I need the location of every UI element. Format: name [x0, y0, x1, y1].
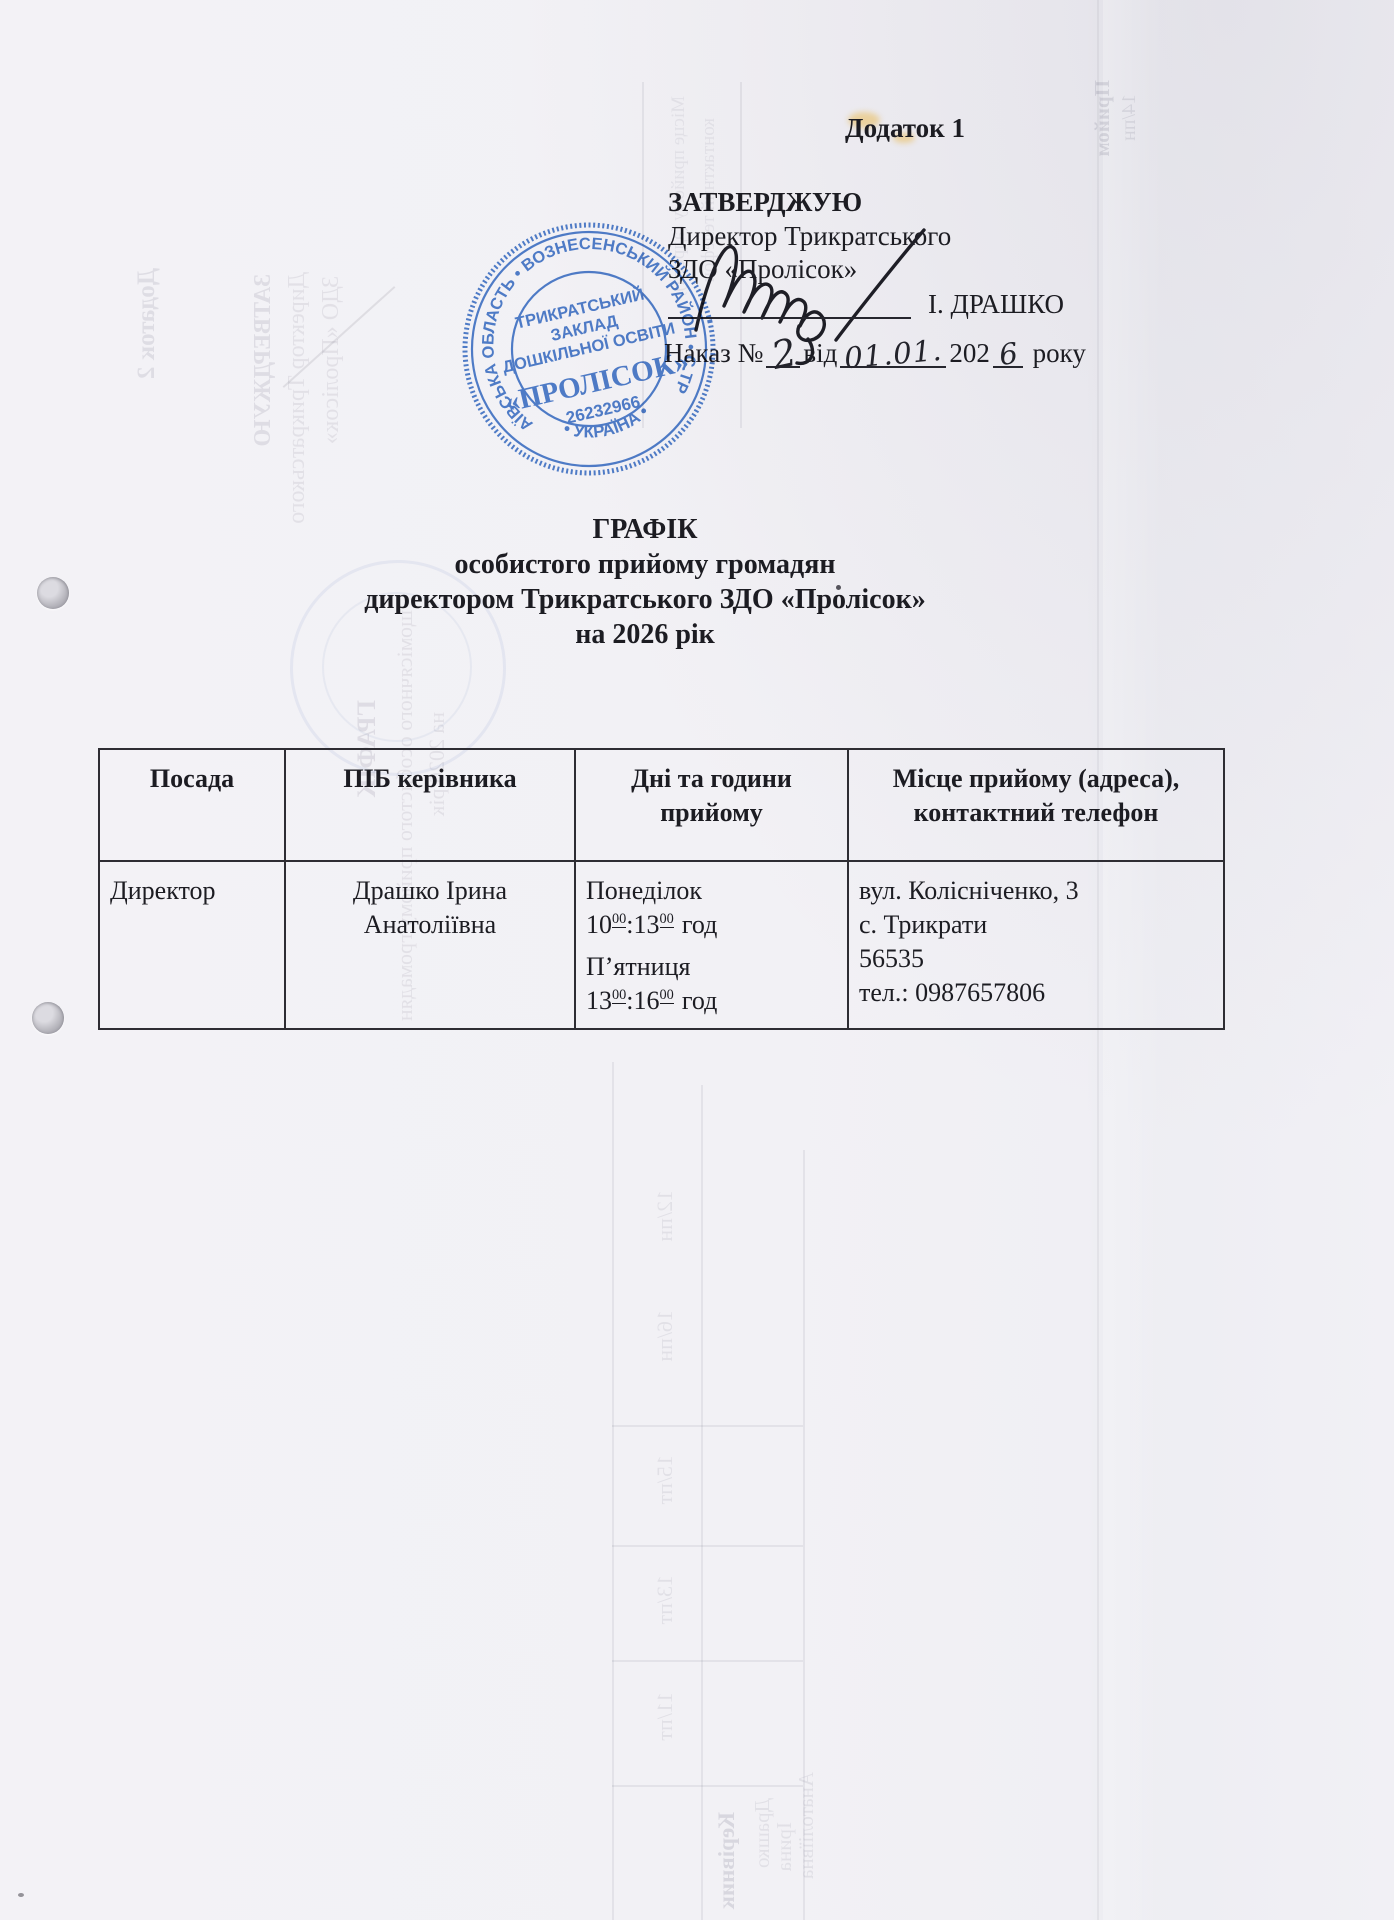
bleedthrough-time3: 15/пт [652, 1455, 678, 1505]
table-row: Директор Драшко Ірина Анатоліївна Понеді… [99, 861, 1224, 1029]
order-suffix: року [1033, 338, 1086, 368]
title-line4: на 2026 рік [95, 617, 1195, 652]
bleedthrough-time2: 16/пн [652, 1310, 678, 1362]
place-postcode: 56535 [859, 942, 1213, 976]
title-line2: особистого прийому громадян [95, 547, 1195, 582]
schedule-time-1: 1000:1300год [586, 908, 837, 942]
punch-hole-top [37, 577, 69, 609]
annex-label: Додаток 1 [845, 113, 965, 144]
bleedthrough-time5: 11/пт [652, 1692, 678, 1741]
order-year-handwritten: 6 [993, 339, 1023, 368]
bleedthrough-table-line [612, 1660, 803, 1662]
schedule-day-2: П’ятниця [586, 950, 837, 984]
bleedthrough-time4: 13/пт [652, 1575, 678, 1625]
cell-position: Директор [99, 861, 285, 1029]
bleedthrough-table-line [612, 1425, 803, 1427]
bleedthrough-leader: Керівник [714, 1812, 740, 1909]
place-street: вул. Колісніченко, 3 [859, 874, 1213, 908]
bleedthrough-annex2: Додаток 2 [133, 268, 161, 379]
schedule-time-2: 1300:1600год [586, 984, 837, 1018]
cell-place: вул. Колісніченко, 3 с. Трикрати 56535 т… [848, 861, 1224, 1029]
table-header-row: Посада ПІБ керівника Дні та години прийо… [99, 749, 1224, 861]
bleedthrough-table-line [612, 1062, 614, 1920]
reception-schedule-table: Посада ПІБ керівника Дні та години прийо… [98, 748, 1225, 1030]
approval-signatory-name: І. ДРАШКО [928, 288, 1064, 320]
bleedthrough-time1: 12/пн [652, 1190, 678, 1242]
order-year-printed: 202 [949, 338, 990, 368]
order-number-handwritten: 2 [766, 336, 800, 368]
header-place: Місце прийому (адреса), контактний телеф… [848, 749, 1224, 861]
bleedthrough-approve3: ЗДО «Пролісок» [318, 276, 345, 444]
name-line2: Анатоліївна [296, 908, 564, 942]
place-phone: тел.: 0987657806 [859, 976, 1213, 1010]
title-line3: директором Трикратського ЗДО «Пролісок» [95, 582, 1195, 617]
scanned-document-page: Додаток 2 ЗАТВЕРДЖУЮ Директор Трикратськ… [0, 0, 1394, 1920]
punch-hole-bottom [32, 1002, 64, 1034]
bleedthrough-corner1: Прийом [1090, 80, 1115, 157]
bleedthrough-corner2: 14/пн [1118, 94, 1141, 141]
order-date-handwritten: 01.01. [840, 339, 946, 368]
bleedthrough-table-line [612, 1545, 803, 1547]
bleedthrough-approve2: Директор Трикратського [284, 272, 311, 524]
document-title: ГРАФІК особистого прийому громадян дирек… [95, 512, 1195, 652]
bleedthrough-table-line [701, 1085, 703, 1920]
bleedthrough-table-line [612, 1785, 803, 1787]
name-line1: Драшко Ірина [296, 874, 564, 908]
cell-name: Драшко Ірина Анатоліївна [285, 861, 575, 1029]
schedule-day-1: Понеділок [586, 874, 837, 908]
bleedthrough-name3: Анатоліївна [794, 1772, 819, 1879]
header-days-hours: Дні та години прийому [575, 749, 848, 861]
order-mid: від [803, 338, 837, 368]
approval-approve-word: ЗАТВЕРДЖУЮ [668, 186, 862, 218]
title-line1: ГРАФІК [95, 512, 1195, 547]
cell-schedule: Понеділок 1000:1300год П’ятниця 1300:160… [575, 861, 848, 1029]
header-position: Посада [99, 749, 285, 861]
bleedthrough-approve1: ЗАТВЕРДЖУЮ [250, 274, 277, 447]
place-village: с. Трикрати [859, 908, 1213, 942]
ink-speck [18, 1893, 24, 1897]
header-name: ПІБ керівника [285, 749, 575, 861]
